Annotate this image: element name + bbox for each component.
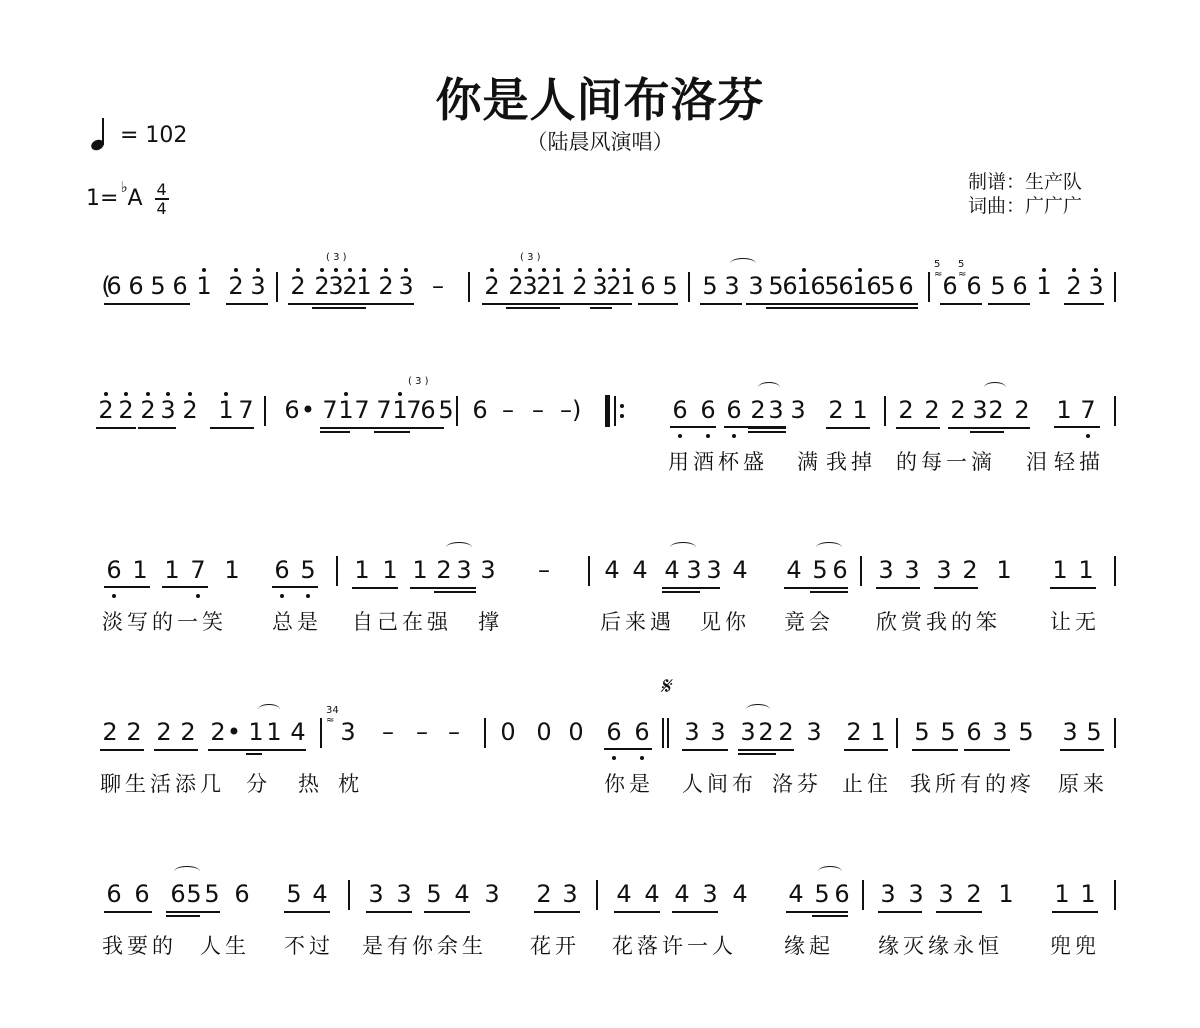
note: 0 [568,720,584,744]
note: 2 [846,720,862,744]
beam-line [590,303,612,305]
note: 2 [1066,274,1082,298]
note: 4 [290,720,306,744]
note: 2 [828,398,844,422]
note: 1 [1078,558,1094,582]
beam-line [100,749,144,751]
beam-line [970,431,1004,433]
note: 3 [398,274,414,298]
note: 6 [606,720,622,744]
lyric-word: 泪 [1026,446,1051,476]
note: 1 [870,720,886,744]
note: 3 [878,558,894,582]
note: 3 [806,720,822,744]
note: 5 [204,882,220,906]
note: • [226,720,242,744]
tie-slur [758,382,780,393]
note: 1 [1036,274,1052,298]
note: 3 [768,398,784,422]
barline [484,718,486,748]
barline [1114,880,1116,910]
lyric-word: 聊生活添几 [100,768,225,798]
note: 6 [172,274,188,298]
note: 5 [814,882,830,906]
beam-line [1064,303,1104,305]
note: 4 [454,882,470,906]
lyric-word: 缘起 [784,930,834,960]
beam-line [434,587,476,589]
note: 3 [368,882,384,906]
note: 3 [710,720,726,744]
lyric-word: 后来遇 [600,606,675,636]
note: 3 [724,274,740,298]
note: 2 [950,398,966,422]
beam-line [826,427,870,429]
note: 3 [748,274,764,298]
beam-line [810,587,848,589]
lyric-word: 热 [298,768,323,798]
note: 6 [134,882,150,906]
barline [860,556,862,586]
lyric-word: 是有你余生 [362,930,487,960]
note: 1 [196,274,212,298]
note: 0 [500,720,516,744]
note: 3 [706,558,722,582]
note: 1 [1052,558,1068,582]
beam-line [970,427,1004,429]
beam-line [590,307,612,309]
beam-line [1054,426,1100,428]
note: 4 [788,882,804,906]
beam-line [246,753,262,755]
beam-line [810,591,848,593]
triplet-mark: ( 3 ) [326,252,347,263]
note: 5 [880,274,896,298]
score-row: 22222•1143–––0006633322321556353534≈𝄋聊生活… [0,720,1200,810]
note: 1 [382,558,398,582]
note: 1 [412,558,428,582]
beam-line [312,303,366,305]
tie-slur [446,542,472,553]
lyric-word: 让无 [1050,606,1100,636]
beam-line [272,586,318,588]
beam-line [738,753,776,755]
note: – [430,274,446,298]
note: 4 [644,882,660,906]
beam-line [766,303,918,305]
beam-line [104,303,190,305]
note: 3 [740,720,756,744]
triplet-mark: ( 3 ) [408,376,429,387]
note: 3 [686,558,702,582]
beam-line [638,303,678,305]
beam-line [604,748,652,750]
beam-line [166,915,200,917]
lyric-word: 竟会 [784,606,834,636]
note: 5 [1018,720,1034,744]
beam-line [226,303,268,305]
lyric-word: 撑 [478,606,503,636]
flat-icon: ♭ [120,178,127,196]
barline [468,272,470,302]
beam-line [104,911,152,913]
note: 6 [640,274,656,298]
note: 5 [286,882,302,906]
tempo-value: = 102 [120,123,187,148]
tie-slur [670,542,696,553]
quarter-note-icon [90,118,106,152]
lyric-word: 满 [797,446,822,476]
time-top: 4 [156,182,166,197]
barline [1114,718,1116,748]
note: 3 [908,882,924,906]
beam-line [896,427,940,429]
beam-line [506,303,560,305]
note: 7 [190,558,206,582]
note: – [414,720,430,744]
beam-line [104,586,150,588]
beam-line [506,307,560,309]
barline [596,880,598,910]
note: 2 [536,882,552,906]
barline [862,880,864,910]
note: 4 [732,882,748,906]
barline [1114,556,1116,586]
note: 4 [312,882,328,906]
double-barline [662,718,664,748]
note: 3 [936,558,952,582]
key-prefix: 1= [86,186,118,211]
beam-line [424,911,470,913]
lyric-word: 我所有的疼 [910,768,1035,798]
note: 2 [290,274,306,298]
beam-line [284,911,330,913]
barline [336,556,338,586]
note: 3 [880,882,896,906]
note: 5 [990,274,1006,298]
beam-line [1052,911,1098,913]
note: 3 [684,720,700,744]
beam-line [934,587,978,589]
lyric-word: 兜兜 [1050,930,1100,960]
tie-slur [816,542,842,553]
lyric-word: 人间布 [682,768,757,798]
note: 2 [102,720,118,744]
barline [884,396,886,426]
beam-line [988,303,1030,305]
score-row: (66561232232123–223212321655335616561656… [0,274,1200,364]
barline [688,272,690,302]
note: 4 [674,882,690,906]
note: 3 [1062,720,1078,744]
note: 2 [436,558,452,582]
lyric-word: 淡写的一笑 [102,606,227,636]
note: 1 [356,274,372,298]
lyric-word: 枕 [338,768,363,798]
lyric-word: 用酒杯盛 [668,446,768,476]
note: 1 [1056,398,1072,422]
beam-line [534,911,580,913]
note: 7 [1080,398,1096,422]
lyric-word: 轻描 [1054,446,1104,476]
score-row: 6662332122232217用酒杯盛满我掉的每一滴泪轻描 [0,398,1200,488]
note: 2 [126,720,142,744]
barline [1114,396,1116,426]
note: 2 [228,274,244,298]
triplet-mark: ( 3 ) [520,252,541,263]
beam-line [738,749,776,751]
note: 1 [852,398,868,422]
note: 2 [924,398,940,422]
note: 2 [988,398,1004,422]
note: 1 [132,558,148,582]
note: 2 [484,274,500,298]
beam-line [670,426,716,428]
beam-line [748,427,786,429]
note: 5 [150,274,166,298]
beam-line [434,591,476,593]
note: 2 [156,720,172,744]
lyric-word: 花落许一人 [612,930,737,960]
beam-line [352,587,398,589]
note: 4 [632,558,648,582]
lyric-word: 我要的 [102,930,177,960]
note: 0 [536,720,552,744]
beam-line [662,587,700,589]
lyric-word: 人生 [200,930,250,960]
note: 4 [604,558,620,582]
credits: 制谱：生产队 词曲：广广广 [968,170,1082,218]
barline [896,718,898,748]
note: 2 [378,274,394,298]
note: 1 [996,558,1012,582]
lyric-word: 的每一滴 [896,446,996,476]
note: 6 [106,558,122,582]
lyric-word: 花开 [530,930,580,960]
note: 3 [396,882,412,906]
lyric-word: 不过 [284,930,334,960]
beam-line [766,307,918,309]
note: 6 [898,274,914,298]
lyric-word: 总是 [272,606,322,636]
score-row: 666556543354323444344563332111我要的人生不过是有你… [0,882,1200,972]
note: 6 [170,882,186,906]
note: 3 [562,882,578,906]
note: 2 [962,558,978,582]
beam-line [748,431,786,433]
lyric-word: 欣赏我的笨 [876,606,1001,636]
note: 1 [266,720,282,744]
lyric-word: 自己在强 [352,606,452,636]
note: – [446,720,462,744]
time-bottom: 4 [156,201,166,216]
note: 1 [164,558,180,582]
grace-note: 34≈ [326,706,339,726]
note: 3 [702,882,718,906]
note: 5 [300,558,316,582]
note: 3 [790,398,806,422]
lyric-word: 我掉 [826,446,876,476]
beam-line [964,749,1010,751]
beam-line [812,911,848,913]
note: 6 [274,558,290,582]
grace-note: 5≈ [934,260,942,280]
tie-slur [746,704,770,715]
beam-line [876,587,920,589]
lyric-word: 见你 [700,606,750,636]
note: 3 [250,274,266,298]
tie-slur [174,866,200,877]
note: 3 [992,720,1008,744]
beam-line [700,303,742,305]
note: 2 [898,398,914,422]
tie-slur [984,382,1006,393]
beam-line [366,911,412,913]
note: 5 [914,720,930,744]
note: 3 [480,558,496,582]
note: 3 [456,558,472,582]
note: 6 [106,274,122,298]
note: 2 [966,882,982,906]
note: 3 [972,398,988,422]
barline [320,718,322,748]
note: 5 [1086,720,1102,744]
key-signature: 1= ♭ A 4 4 [86,186,169,216]
note: 6 [128,274,144,298]
note: 2 [758,720,774,744]
note: 6 [700,398,716,422]
note: 5 [702,274,718,298]
note: 6 [1012,274,1028,298]
note: 6 [726,398,742,422]
lyric-word: 止住 [842,768,892,798]
note: 2 [778,720,794,744]
beam-line [812,915,848,917]
note: 6 [834,882,850,906]
note: 2 [572,274,588,298]
note: 5 [426,882,442,906]
note: 1 [1054,882,1070,906]
key-letter: A [128,186,143,211]
note: 6 [942,274,958,298]
beam-line [878,911,922,913]
note: 5 [940,720,956,744]
double-barline [667,718,669,748]
beam-line [162,586,208,588]
beam-line [844,749,888,751]
tie-slur [818,866,842,877]
barline [1114,272,1116,302]
note: 6 [106,882,122,906]
note: 5 [662,274,678,298]
beam-line [682,749,728,751]
note: 4 [664,558,680,582]
note: 4 [616,882,632,906]
note: 6 [832,558,848,582]
note: 6 [966,720,982,744]
note: 6 [672,398,688,422]
tie-slur [730,258,756,269]
note: 2 [750,398,766,422]
note: – [536,558,552,582]
beam-line [662,591,700,593]
note: 6 [966,274,982,298]
note: 2 [210,720,226,744]
note: 1 [550,274,566,298]
lyric-word: 你是 [604,768,654,798]
barline [928,272,930,302]
note: 1 [620,274,636,298]
beam-line [614,911,660,913]
credit-arranger: 制谱：生产队 [968,170,1082,194]
note: 4 [786,558,802,582]
beam-line [166,911,200,913]
note: 4 [732,558,748,582]
note: 3 [938,882,954,906]
score-row: 6117165111233–4443344563332111淡写的一笑总是自己在… [0,558,1200,648]
credit-lyrics-music: 词曲：广广广 [968,194,1082,218]
barline [588,556,590,586]
beam-line [936,911,982,913]
beam-line [312,307,366,309]
lyric-word: 缘灭缘永恒 [878,930,1003,960]
note: 2 [1014,398,1030,422]
barline [276,272,278,302]
beam-line [672,911,718,913]
note: 6 [634,720,650,744]
note: 3 [484,882,500,906]
note: 1 [998,882,1014,906]
note: 1 [354,558,370,582]
beam-line [154,749,198,751]
beam-line [1050,587,1096,589]
note: 3 [904,558,920,582]
barline [348,880,350,910]
note: 1 [224,558,240,582]
note: 2 [180,720,196,744]
note: 3 [1088,274,1104,298]
note: 1 [248,720,264,744]
segno-icon: 𝄋 [660,672,670,700]
grace-note: 5≈ [958,260,966,280]
beam-line [1060,749,1104,751]
note: 3 [340,720,356,744]
note: 5 [812,558,828,582]
tie-slur [258,704,280,715]
note: – [380,720,396,744]
lyric-word: 分 [246,768,271,798]
lyric-word: 原来 [1058,768,1108,798]
lyric-word: 洛芬 [772,768,822,798]
beam-line [912,749,958,751]
tempo-marking: = 102 [90,118,187,152]
note: 5 [186,882,202,906]
time-signature: 4 4 [155,182,169,216]
beam-line [246,749,262,751]
note: 1 [1080,882,1096,906]
beam-line [940,303,982,305]
note: 6 [234,882,250,906]
